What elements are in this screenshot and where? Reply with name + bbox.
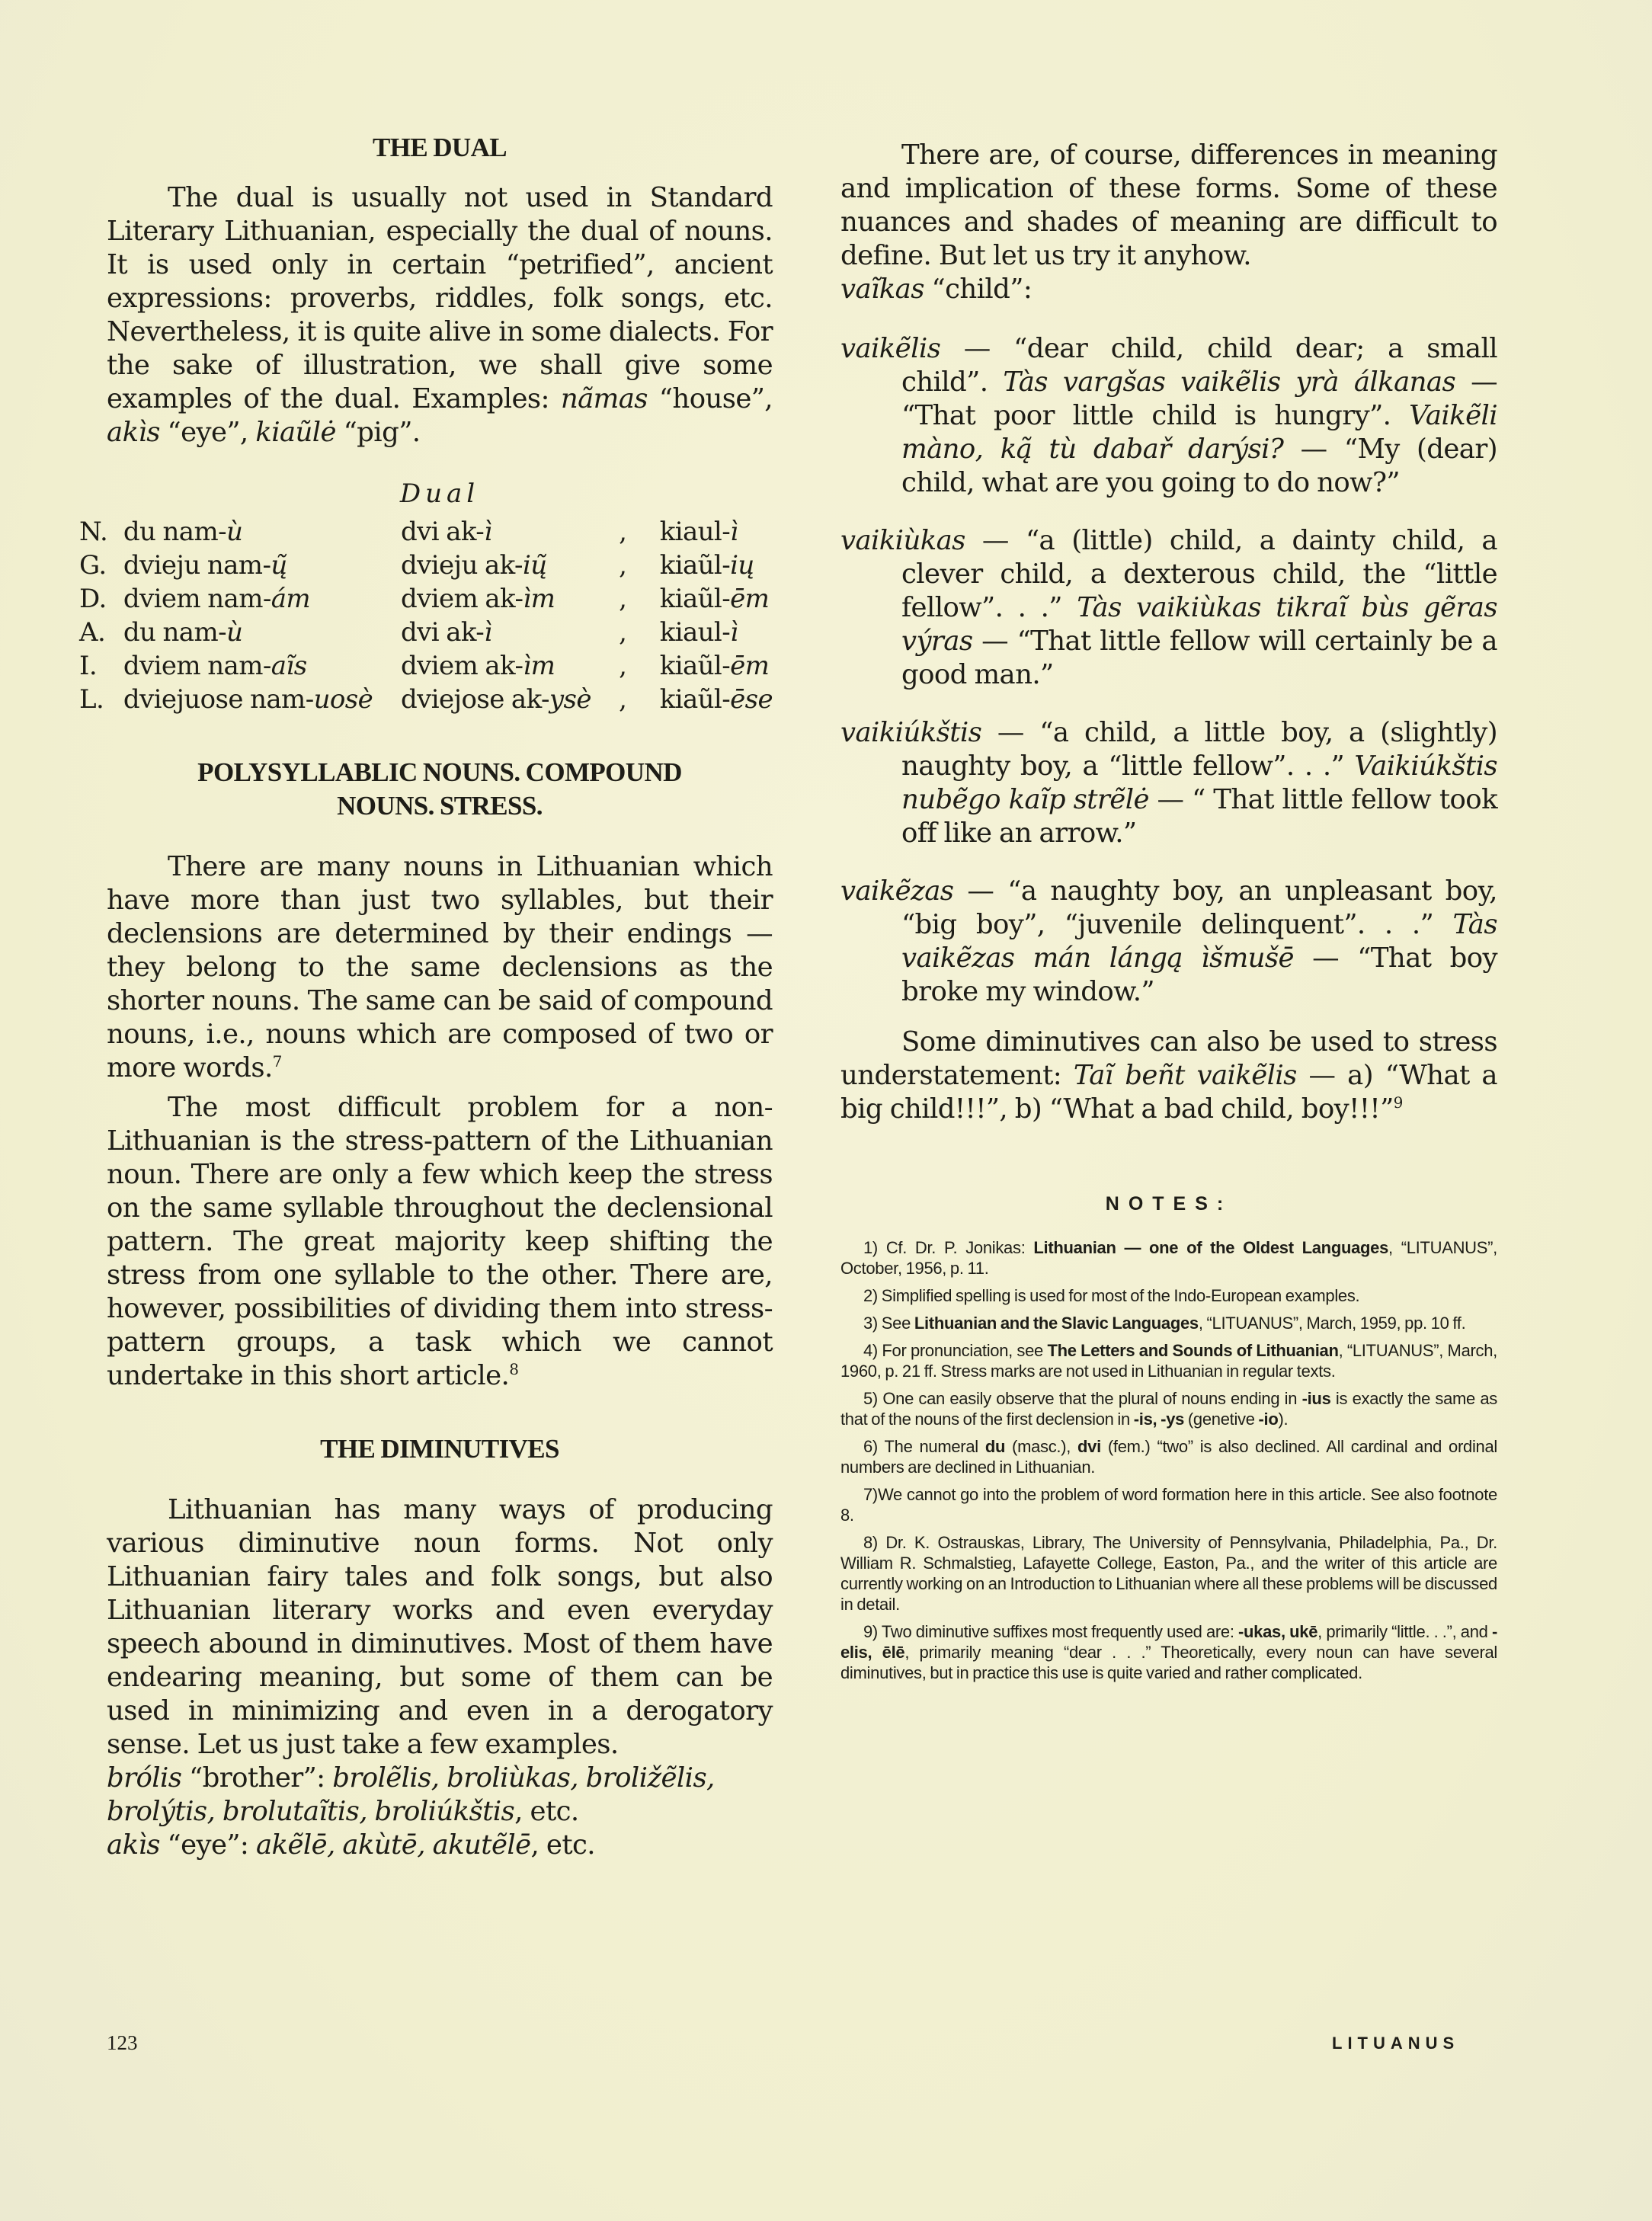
form-kiaule: kiaũl-ēm [660, 649, 773, 683]
notes-title: NOTES: [840, 1187, 1497, 1221]
form-namas: dviem nam-ám [123, 582, 401, 616]
footnote-ref[interactable]: 7 [273, 1052, 282, 1070]
form-namas: du nam-ù [123, 616, 401, 649]
footnote-ref[interactable]: 9 [1394, 1093, 1403, 1112]
vaikas-line: vaĩkas “child”: [840, 273, 1497, 306]
note-item: 2) Simplified spelling is used for most … [840, 1285, 1497, 1306]
section-heading-polysyllabic: POLYSYLLABLIC NOUNS. COMPOUND NOUNS. STR… [107, 756, 773, 823]
form-namas: dvieju nam-ų̃ [123, 549, 401, 582]
diminutive-entry: vaikiúkštis — “a child, a little boy, a … [840, 716, 1497, 850]
note-item: 4) For pronunciation, see The Letters an… [840, 1340, 1497, 1381]
footnote-ref[interactable]: 8 [509, 1360, 518, 1378]
form-akis: dvi ak-ì [401, 515, 619, 549]
dual-row: D.dviem nam-ámdviem ak-ìm,kiaũl-ēm [79, 582, 773, 616]
dual-row: L.dviejuose nam-uosèdviejose ak-ysè,kiaũ… [79, 683, 773, 716]
diminutive-term: vaikiùkas [840, 525, 965, 556]
meaning-intro-paragraph: There are, of course, differences in mea… [840, 139, 1497, 273]
note-item: 3) See Lithuanian and the Slavic Languag… [840, 1313, 1497, 1333]
note-item: 8) Dr. K. Ostrauskas, Library, The Unive… [840, 1532, 1497, 1615]
note-item: 6) The numeral du (masc.), dvi (fem.) “t… [840, 1436, 1497, 1477]
dual-table-title: Dual [107, 477, 773, 510]
diminutive-term: vaikẽzas [840, 875, 953, 907]
dual-paragraph: The dual is usually not used in Standard… [107, 181, 773, 450]
case-label: A. [79, 616, 123, 649]
page-number: 123 [107, 2031, 138, 2055]
separator: , [619, 549, 660, 582]
case-label: N. [79, 515, 123, 549]
diminutive-term: vaikiúkštis [840, 717, 981, 748]
dual-row: A.du nam-ùdvi ak-ì,kiaul-ì [79, 616, 773, 649]
form-kiaule: kiaũl-ēm [660, 582, 773, 616]
right-column: There are, of course, differences in mea… [840, 139, 1497, 1690]
example-brolis: brólis “brother”: brolẽlis, broliùkas, b… [107, 1762, 773, 1829]
dual-row: I.dviem nam-aĩsdviem ak-ìm,kiaũl-ēm [79, 649, 773, 683]
separator: , [619, 649, 660, 683]
diminutive-entry: vaikẽzas — “a naughty boy, an unpleasant… [840, 875, 1497, 1009]
note-item: 9) Two diminutive suffixes most frequent… [840, 1621, 1497, 1683]
separator: , [619, 582, 660, 616]
dual-row: N.du nam-ùdvi ak-ì,kiaul-ì [79, 515, 773, 549]
case-label: G. [79, 549, 123, 582]
polysyllabic-paragraph-1: There are many nouns in Lithuanian which… [107, 850, 773, 1085]
section-heading-dual: THE DUAL [107, 131, 773, 165]
case-label: L. [79, 683, 123, 716]
form-kiaule: kiaul-ì [660, 616, 773, 649]
diminutives-paragraph: Lithuanian has many ways of producing va… [107, 1493, 773, 1762]
dual-row: G.dvieju nam-ų̃dvieju ak-ių̃,kiaũl-ių [79, 549, 773, 582]
note-item: 5) One can easily observe that the plura… [840, 1388, 1497, 1429]
form-akis: dviem ak-ìm [401, 582, 619, 616]
diminutive-term: vaikẽlis [840, 333, 940, 364]
form-kiaule: kiaũl-ių [660, 549, 773, 582]
separator: , [619, 616, 660, 649]
form-kiaule: kiaul-ì [660, 515, 773, 549]
form-akis: dvi ak-ì [401, 616, 619, 649]
form-akis: dviem ak-ìm [401, 649, 619, 683]
note-item: 1) Cf. Dr. P. Jonikas: Lithuanian — one … [840, 1237, 1497, 1279]
separator: , [619, 683, 660, 716]
diminutive-entry: vaikẽlis — “dear child, child dear; a sm… [840, 332, 1497, 500]
understatement-paragraph: Some diminutives can also be used to str… [840, 1026, 1497, 1126]
case-label: I. [79, 649, 123, 683]
form-namas: du nam-ù [123, 515, 401, 549]
left-column: THE DUAL The dual is usually not used in… [107, 131, 773, 1862]
dual-declension-table: N.du nam-ùdvi ak-ì,kiaul-ìG.dvieju nam-ų… [79, 515, 773, 716]
separator: , [619, 515, 660, 549]
page: THE DUAL The dual is usually not used in… [0, 0, 1652, 2221]
case-label: D. [79, 582, 123, 616]
form-akis: dviejose ak-ysè [401, 683, 619, 716]
magazine-name: LITUANUS [1332, 2034, 1459, 2053]
section-heading-diminutives: THE DIMINUTIVES [107, 1432, 773, 1466]
note-item: 7)We cannot go into the problem of word … [840, 1484, 1497, 1525]
form-namas: dviejuose nam-uosè [123, 683, 401, 716]
form-akis: dvieju ak-ių̃ [401, 549, 619, 582]
polysyllabic-paragraph-2: The most difficult problem for a non-Lit… [107, 1091, 773, 1393]
form-namas: dviem nam-aĩs [123, 649, 401, 683]
notes-list: 1) Cf. Dr. P. Jonikas: Lithuanian — one … [840, 1237, 1497, 1683]
example-akis: akìs “eye”: akẽlē, akùtē, akutẽlē, etc. [107, 1829, 773, 1862]
form-kiaule: kiaũl-ēse [660, 683, 773, 716]
diminutive-entry: vaikiùkas — “a (little) child, a dainty … [840, 524, 1497, 692]
